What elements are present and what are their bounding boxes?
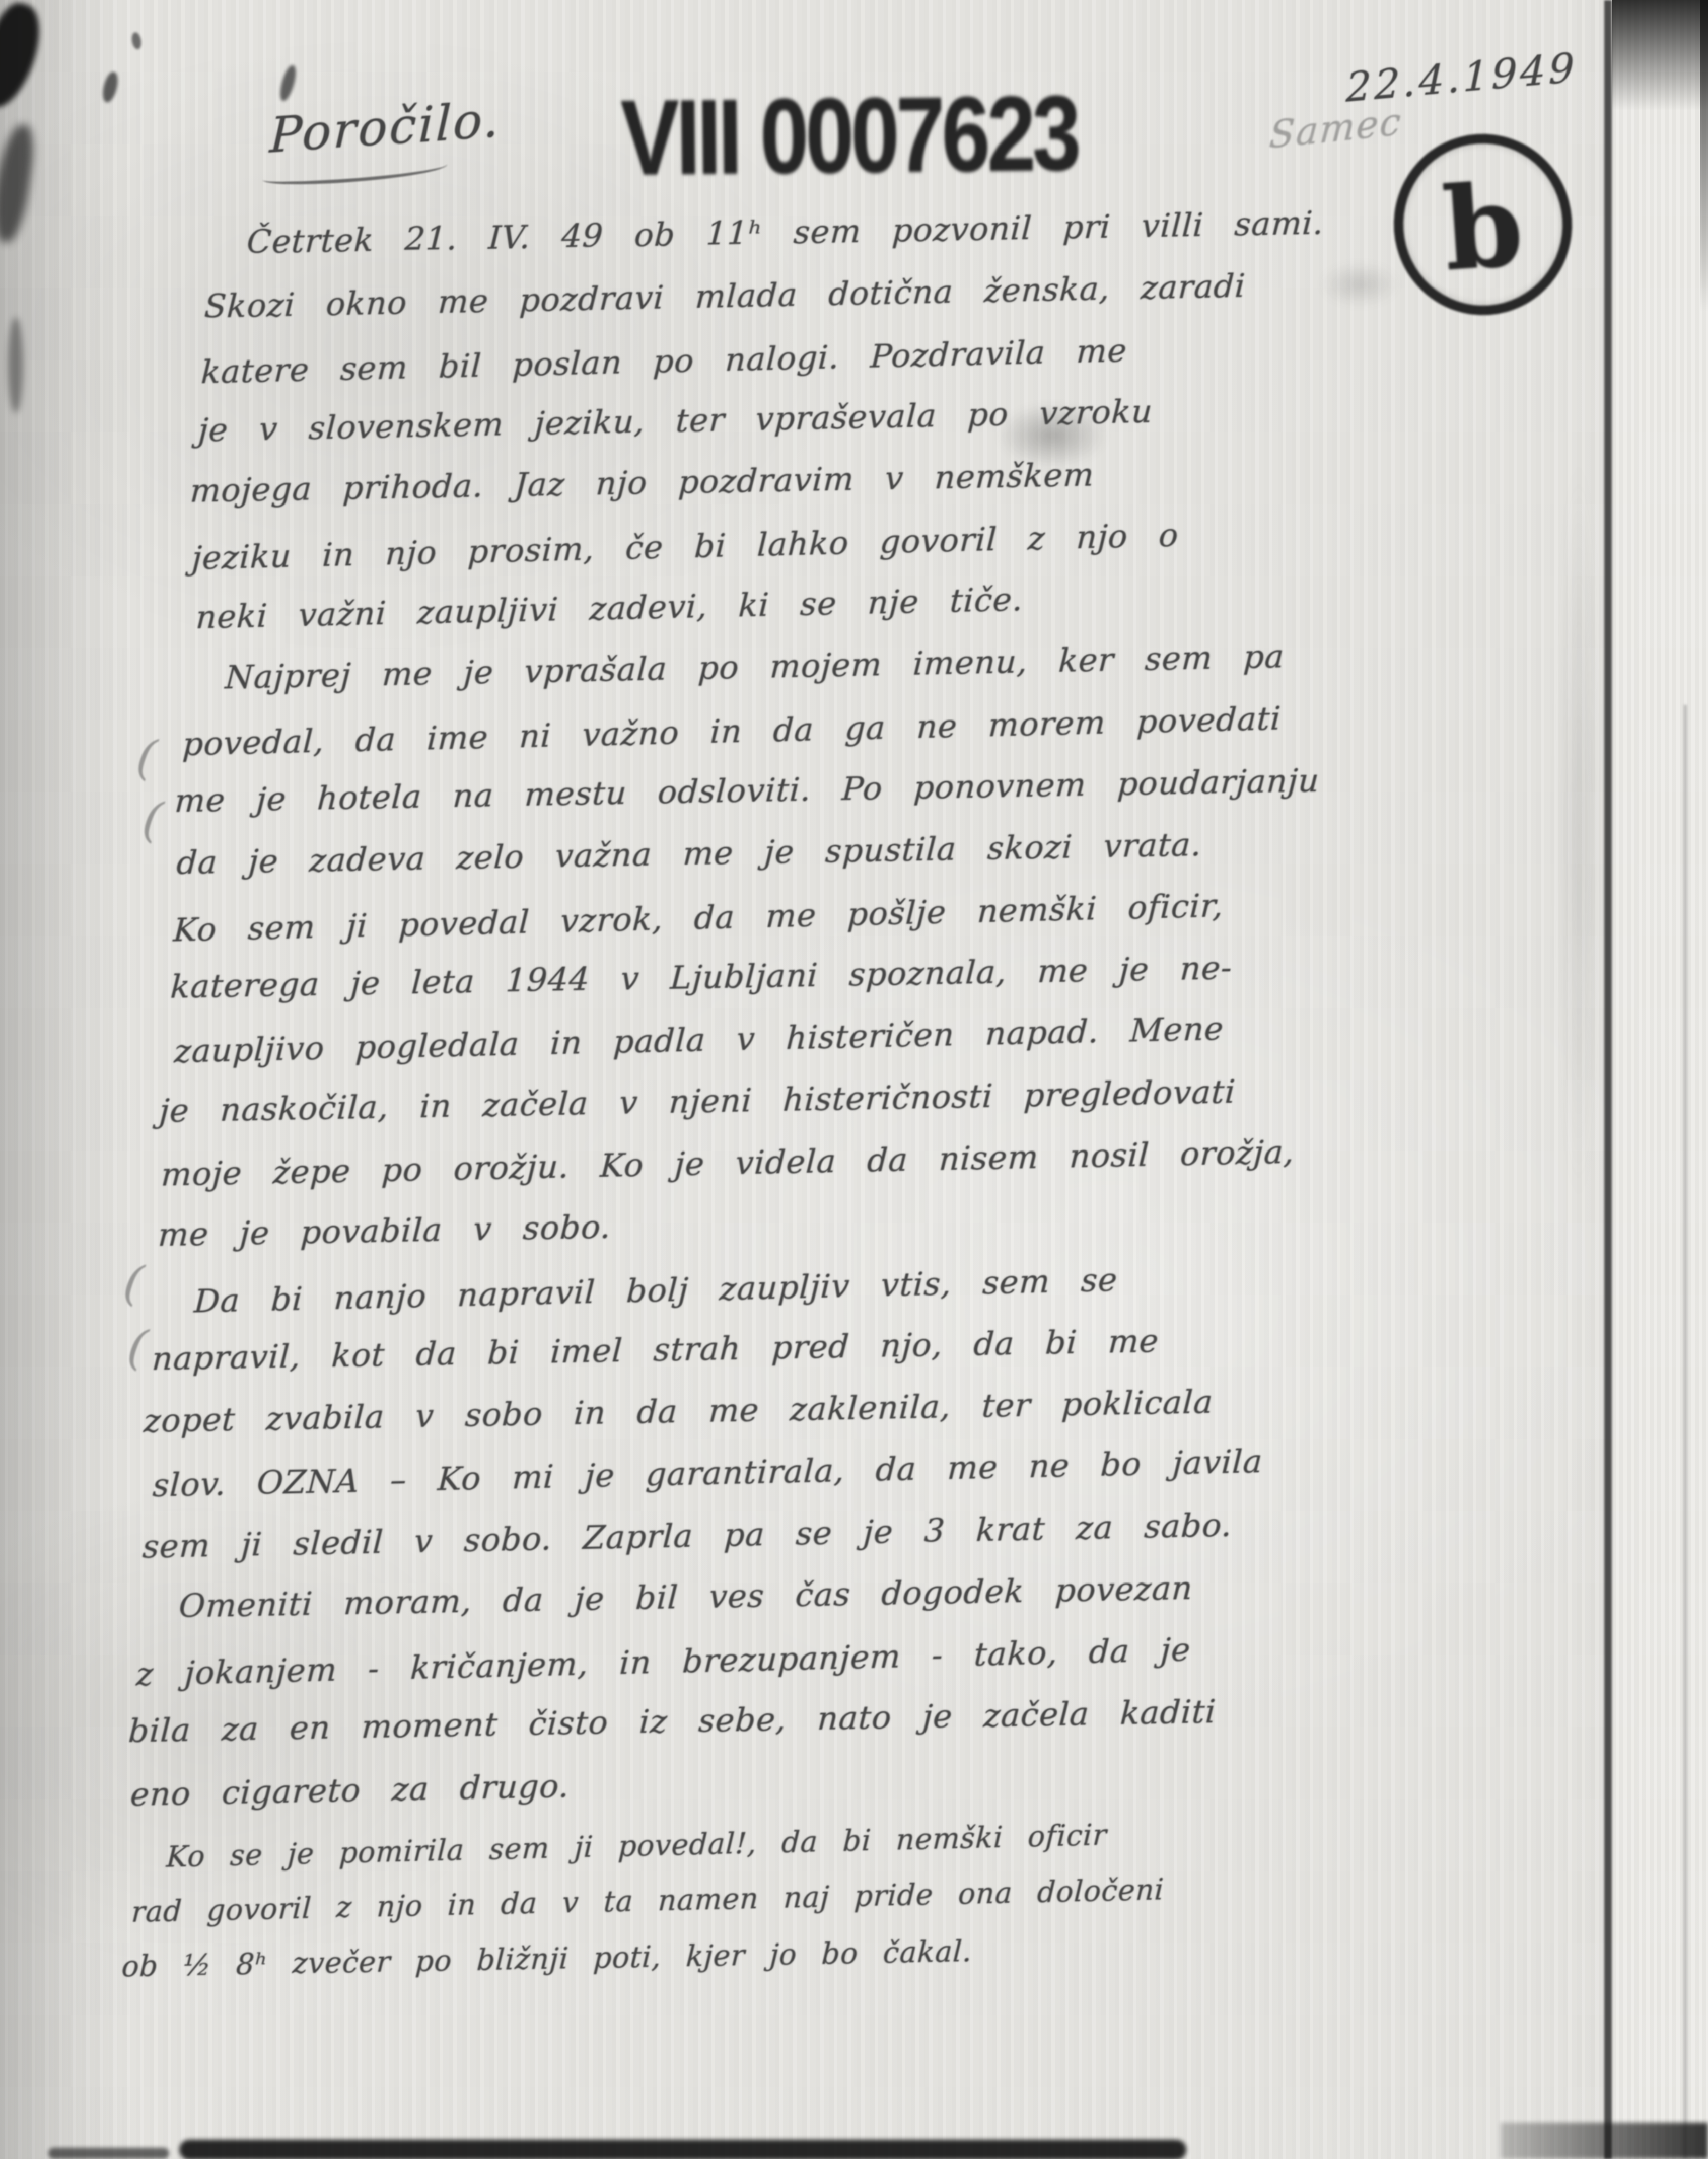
handwritten-date: 22.4.1949 [1345,44,1578,112]
page-edge-line [1604,0,1612,2159]
bottom-scan-band [179,2140,1186,2159]
margin-paren-mark: ( [120,1254,147,1312]
handwritten-signature: Samec [1268,100,1404,158]
ink-blot [130,32,143,50]
page-edge-faint-line [1684,705,1687,2159]
top-right-edge-shadow [1700,0,1708,312]
scanned-document-page: Poročilo. VIII 0007623 22.4.1949 Samec b… [0,0,1708,2159]
ink-blot [8,317,23,413]
margin-paren-mark: ( [124,1318,151,1377]
ink-blot [0,122,37,245]
ink-blot [0,0,50,115]
bottom-scan-band [48,2148,169,2159]
ink-blot [100,70,120,104]
ink-blot [277,63,299,103]
bottom-right-shadow [1501,2123,1708,2159]
registry-number-stamp: VIII 0007623 [620,80,1078,191]
page-edge-strip [1612,0,1708,2159]
margin-paren-mark: ( [139,790,166,849]
margin-paren-mark: ( [133,728,160,786]
report-body: Četrtek 21. IV. 49 ob 11ʰ sem pozvonil p… [120,186,1589,1997]
